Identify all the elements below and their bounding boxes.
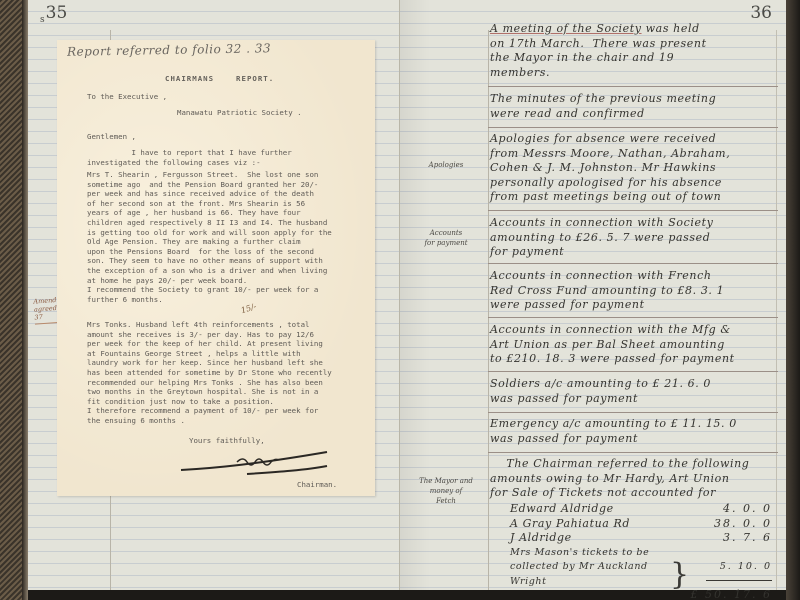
ledger-total: £ 50. 17. 6 xyxy=(690,588,772,600)
margin-rule xyxy=(488,30,489,590)
amounts-owing-ledger: Edward Aldridge4. 0. 0 A Gray Pahiatua R… xyxy=(510,502,772,589)
minute-entry-soldiers-account: Soldiers a/c amounting to £ 21. 6. 0 was… xyxy=(490,377,778,406)
ledger-name: J Aldridge xyxy=(510,531,572,546)
entry-divider xyxy=(488,452,778,453)
report-title: CHAIRMANSREPORT. xyxy=(165,74,296,84)
ledger-row: Edward Aldridge4. 0. 0 xyxy=(510,502,772,517)
minute-entry-red-cross-accounts: Accounts in connection with French Red C… xyxy=(490,269,778,313)
ledger-amount: 3. 7. 6 xyxy=(712,531,772,546)
page-number-right: 36 xyxy=(750,3,772,23)
signature-icon xyxy=(177,448,337,478)
ledger-amount: 5. 10. 0 xyxy=(712,560,772,575)
entry-divider xyxy=(488,263,778,264)
ledger-name: collected by Mr Auckland xyxy=(510,560,648,575)
minute-entry-society-accounts: Accounts in connection with Society amou… xyxy=(490,216,778,260)
minute-entry-chairman-amounts: The Chairman referred to the following a… xyxy=(490,457,778,501)
report-addressee: To the Executive , xyxy=(87,92,167,102)
report-title-word: REPORT. xyxy=(236,74,274,83)
entry-divider xyxy=(488,317,778,318)
folio-mark: s xyxy=(40,15,45,25)
minute-text: Accounts in connection with French Red C… xyxy=(490,269,724,311)
margin-note-funds: The Mayor and money of Fetch xyxy=(406,476,486,506)
ledger-row: J Aldridge3. 7. 6 xyxy=(510,531,772,546)
minute-text: Soldiers a/c amounting to £ 21. 6. 0 was… xyxy=(490,377,711,405)
entry-divider xyxy=(488,86,778,87)
entry-divider xyxy=(488,412,778,413)
report-organisation: Manawatu Patriotic Society . xyxy=(177,108,302,118)
margin-note-accounts: Accounts for payment xyxy=(406,228,486,248)
ledger-name: Edward Aldridge xyxy=(510,502,614,517)
ledger-row: A Gray Pahiatua Rd38. 0. 0 xyxy=(510,517,772,532)
page-number-left: s35 xyxy=(40,3,67,25)
margin-note-apologies: Apologies xyxy=(406,160,486,170)
ledger-group-line: Wright xyxy=(510,575,772,590)
ledger-name: Mrs Mason's tickets to be xyxy=(510,546,649,561)
report-case-shearin: Mrs T. Shearin , Fergusson Street. She l… xyxy=(87,170,369,304)
minute-entry-minutes: The minutes of the previous meeting were… xyxy=(490,92,778,121)
book-edge-right xyxy=(786,0,800,600)
report-closing: Yours faithfully, xyxy=(189,436,265,446)
report-salutation: Gentlemen , xyxy=(87,132,136,142)
minute-text: Accounts in connection with the Mfg & Ar… xyxy=(490,323,735,365)
minute-entry-apologies: Apologies for absence were received from… xyxy=(490,132,778,205)
report-title-word: CHAIRMANS xyxy=(165,74,214,83)
minute-heading: A meeting of the Society xyxy=(490,22,642,35)
signer-role: Chairman. xyxy=(297,480,337,490)
ledger-name: Wright xyxy=(510,575,547,590)
minute-text: The minutes of the previous meeting were… xyxy=(490,92,716,120)
book-binding-left xyxy=(0,0,28,600)
report-referral-note: Report referred to folio 32 . 33 xyxy=(67,44,271,57)
scanned-ledger-book: s35 Amendment agreed to fol 37 Report re… xyxy=(0,0,800,600)
brace-icon: } xyxy=(670,560,690,590)
minute-text: Apologies for absence were received from… xyxy=(490,132,730,203)
ledger-name: A Gray Pahiatua Rd xyxy=(510,517,630,532)
minute-entry-emergency-account: Emergency a/c amounting to £ 11. 15. 0 w… xyxy=(490,417,778,446)
page-number-value: 35 xyxy=(46,3,68,23)
report-intro: I have to report that I have further inv… xyxy=(87,148,357,167)
entry-divider xyxy=(488,127,778,128)
minute-text: Emergency a/c amounting to £ 11. 15. 0 w… xyxy=(490,417,737,445)
ledger-amount: 4. 0. 0 xyxy=(712,502,772,517)
entry-divider xyxy=(488,371,778,372)
report-case-tonks: Mrs Tonks. Husband left 4th reinforcemen… xyxy=(87,320,369,426)
total-rule xyxy=(706,580,772,581)
minute-text: The Chairman referred to the following a… xyxy=(490,457,749,499)
ledger-group-line: collected by Mr Auckland5. 10. 0 xyxy=(510,560,772,575)
entry-divider xyxy=(488,210,778,211)
pasted-chairmans-report: Report referred to folio 32 . 33 CHAIRMA… xyxy=(57,40,375,496)
minute-entry-meeting: A meeting of the Society was held on 17t… xyxy=(490,22,778,80)
minute-entry-art-union-accounts: Accounts in connection with the Mfg & Ar… xyxy=(490,323,778,367)
ledger-amount: 38. 0. 0 xyxy=(712,517,772,532)
minute-text: Accounts in connection with Society amou… xyxy=(490,216,713,258)
ledger-group-line: Mrs Mason's tickets to be xyxy=(510,546,772,561)
